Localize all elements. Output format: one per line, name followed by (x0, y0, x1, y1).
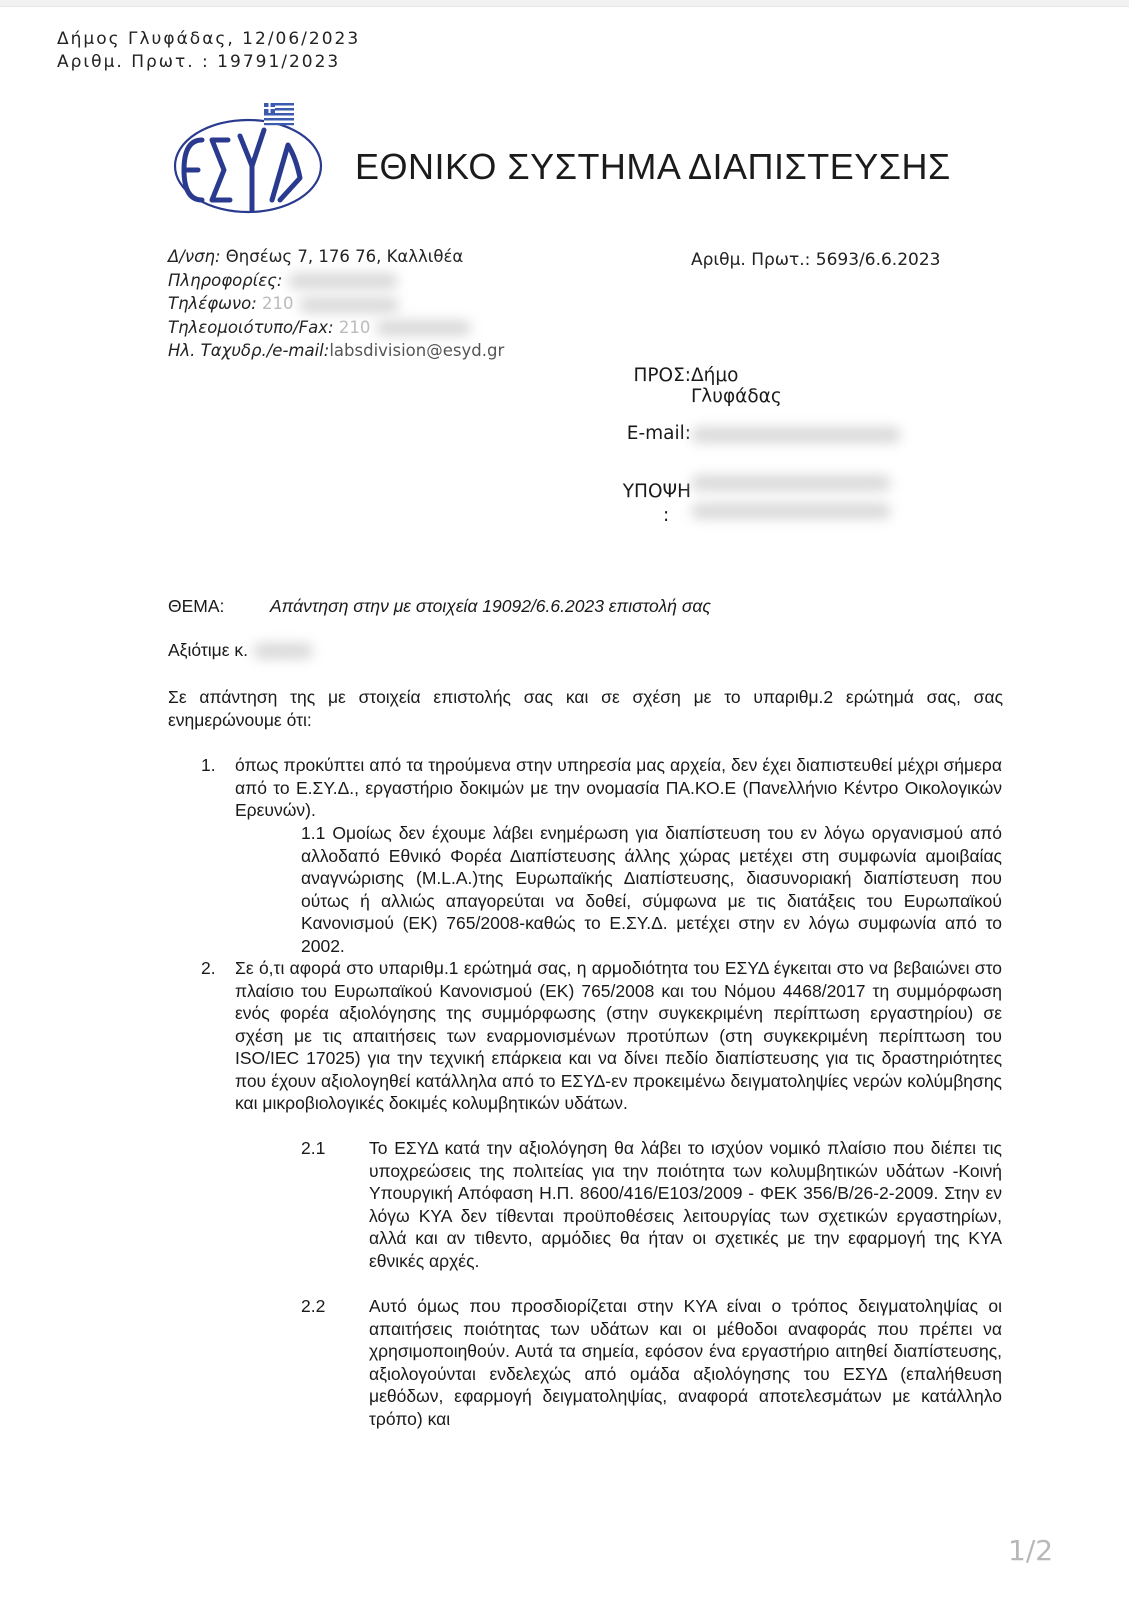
list-item-text: Σε ό,τι αφορά στο υπαριθμ.1 ερώτημά σας,… (235, 958, 1002, 1113)
sender-contact-block: Δ/νση: Θησέως 7, 176 76, Καλλιθέα Πληροφ… (168, 245, 504, 363)
redacted-phone (299, 297, 399, 313)
list-item-1: 1. όπως προκύπτει από τα τηρούμενα στην … (235, 754, 1002, 822)
municipality-stamp: Δήμος Γλυφάδας, 12/06/2023 Αριθμ. Πρωτ. … (57, 28, 360, 74)
subject-line: ΘΕΜΑ:Απάντηση στην με στοιχεία 19092/6.6… (168, 596, 711, 617)
fax-row: Τηλεομοιότυπο/Fax: 210 (168, 316, 504, 340)
stamp-date-line: Δήμος Γλυφάδας, 12/06/2023 (57, 28, 360, 51)
info-label: Πληροφορίες: (168, 271, 282, 290)
info-row: Πληροφορίες: (168, 269, 504, 293)
greeting-text: Αξιότιμε κ. (168, 640, 248, 660)
address-label: Δ/νση: (168, 247, 221, 266)
email-link[interactable]: labsdivision@esyd.gr (329, 341, 504, 360)
list-item-2: 2. Σε ό,τι αφορά στο υπαριθμ.1 ερώτημά σ… (235, 957, 1002, 1115)
phone-row: Τηλέφωνο: 210 (168, 292, 504, 316)
protocol-value: 5693/6.6.2023 (816, 250, 941, 270)
list-item-text: όπως προκύπτει από τα τηρούμενα στην υπη… (235, 755, 1002, 820)
sub-item-text: Το ΕΣΥΔ κατά την αξιολόγηση θα λάβει το … (369, 1138, 1002, 1271)
page-indicator: 1/2 (1008, 1534, 1053, 1567)
redacted-attention-line1 (691, 475, 891, 491)
greeting: Αξιότιμε κ. (168, 640, 313, 661)
subject-label: ΘΕΜΑ: (168, 596, 270, 617)
redacted-attention-line2 (691, 503, 891, 519)
sub-item-number: 2.2 (301, 1295, 325, 1318)
subject-text: Απάντηση στην με στοιχεία 19092/6.6.2023… (270, 596, 711, 616)
address-row: Δ/νση: Θησέως 7, 176 76, Καλλιθέα (168, 245, 504, 269)
viewer-top-edge (0, 0, 1129, 7)
sub-item-1-1: 1.1 Ομοίως δεν έχουμε λάβει ενημέρωση γι… (301, 822, 1002, 957)
phone-partial: 210 (262, 294, 294, 313)
esyd-logo-icon (172, 100, 324, 216)
organization-title: ΕΘΝΙΚΟ ΣΥΣΤΗΜΑ ΔΙΑΠΙΣΤΕΥΣΗΣ (355, 146, 951, 188)
greek-flag-icon (264, 103, 294, 125)
intro-paragraph: Σε απάντηση της με στοιχεία επιστολής σα… (168, 686, 1003, 731)
redacted-recipient-email (691, 427, 901, 443)
email-row: Ηλ. Ταχυδρ./e-mail:labsdivision@esyd.gr (168, 339, 504, 363)
redacted-info (288, 273, 398, 289)
sub-item-text: 1.1 Ομοίως δεν έχουμε λάβει ενημέρωση γι… (301, 823, 1002, 956)
stamp-protocol-line: Αριθμ. Πρωτ. : 19791/2023 (57, 51, 360, 74)
phone-label: Τηλέφωνο: (168, 294, 257, 313)
address-value: Θησέως 7, 176 76, Καλλιθέα (226, 247, 463, 266)
to-value: Δήμο Γλυφάδας (691, 365, 782, 407)
attention-colon: : (663, 505, 669, 526)
sub-item-text: Αυτό όμως που προσδιορίζεται στην ΚΥΑ εί… (369, 1296, 1002, 1429)
list-number: 2. (201, 957, 216, 980)
fax-label: Τηλεομοιότυπο/Fax: (168, 318, 334, 337)
sub-item-2-1: 2.1 Το ΕΣΥΔ κατά την αξιολόγηση θα λάβει… (369, 1137, 1002, 1272)
redacted-fax (376, 320, 471, 336)
document-protocol: Αριθμ. Πρωτ.: 5693/6.6.2023 (691, 250, 940, 270)
email-label: Ηλ. Ταχυδρ./e-mail: (168, 341, 329, 360)
attention-label: ΥΠΟΨΗ (571, 481, 691, 502)
sub-item-number: 2.1 (301, 1137, 325, 1160)
sub-item-2-2: 2.2 Αυτό όμως που προσδιορίζεται στην ΚΥ… (369, 1295, 1002, 1430)
list-number: 1. (201, 754, 216, 777)
protocol-label: Αριθμ. Πρωτ.: (691, 250, 810, 270)
to-label: ΠΡΟΣ: (571, 365, 691, 386)
redacted-name (253, 643, 313, 659)
recipient-email-label: E-mail: (571, 423, 691, 444)
fax-partial: 210 (339, 318, 371, 337)
